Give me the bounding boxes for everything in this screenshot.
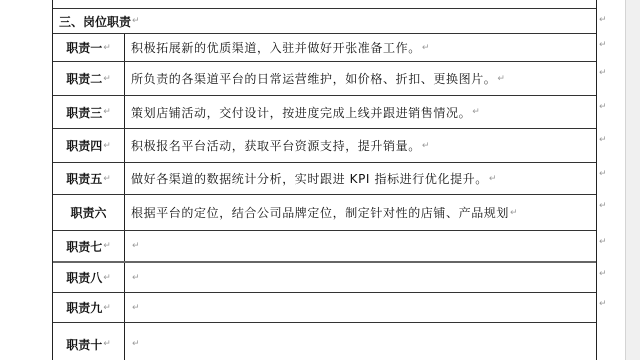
table-row: 职责一↵ 积极拓展新的优质渠道，入驻并做好开张准备工作。↵ ↵ — [53, 34, 596, 62]
row-end-mark-icon: ↵ — [599, 68, 607, 78]
row-end-mark-icon: ↵ — [599, 40, 607, 50]
paragraph-mark-icon: ↵ — [103, 273, 111, 283]
duty-label-cell[interactable]: 职责十↵ — [53, 323, 125, 360]
table-row: 职责八↵ ↵ ↵ — [53, 263, 596, 293]
paragraph-mark-icon: ↵ — [103, 174, 111, 184]
row-end-mark-icon: ↵ — [599, 201, 607, 211]
duty-label: 职责一 — [66, 39, 102, 56]
duty-content-cell[interactable]: 根据平台的定位，结合公司品牌定位，制定针对性的店铺、产品规划↵ — [125, 195, 596, 230]
paragraph-mark-icon: ↵ — [510, 208, 518, 218]
duty-label-cell[interactable]: 职责二↵ — [53, 62, 125, 95]
section-title-cell[interactable]: 三、岗位职责↵ — [53, 9, 596, 33]
table-row: 职责五↵ 做好各渠道的数据统计分析，实时跟进 KPI 指标进行优化提升。↵ ↵ — [53, 163, 596, 195]
duty-content-cell[interactable]: ↵ — [125, 323, 596, 360]
duty-content: 根据平台的定位，结合公司品牌定位，制定针对性的店铺、产品规划 — [131, 204, 509, 221]
duty-label-cell[interactable]: 职责一↵ — [53, 34, 125, 61]
paragraph-mark-icon: ↵ — [103, 303, 111, 313]
row-end-mark-icon: ↵ — [599, 237, 607, 247]
row-end-mark-icon: ↵ — [599, 269, 607, 279]
duty-label: 职责五 — [66, 170, 102, 187]
row-end-mark-icon: ↵ — [599, 102, 607, 112]
paragraph-mark-icon: ↵ — [422, 43, 430, 53]
duty-content-cell[interactable]: ↵ — [125, 263, 596, 292]
table-row: 职责九↵ ↵ ↵ — [53, 293, 596, 323]
duty-content-cell[interactable]: 策划店铺活动，交付设计，按进度完成上线并跟进销售情况。↵ — [125, 96, 596, 128]
paragraph-mark-icon: ↵ — [489, 174, 497, 184]
duty-label: 职责二 — [66, 70, 102, 87]
table-row: 职责七↵ ↵ ↵ — [53, 231, 596, 263]
paragraph-mark-icon: ↵ — [103, 339, 111, 349]
paragraph-mark-icon: ↵ — [103, 107, 111, 117]
table-row: 职责三↵ 策划店铺活动，交付设计，按进度完成上线并跟进销售情况。↵ ↵ — [53, 96, 596, 129]
row-end-mark-icon: ↵ — [599, 299, 607, 309]
duty-label: 职责十 — [66, 336, 102, 353]
table-row: 职责二↵ 所负责的各渠道平台的日常运营维护，如价格、折扣、更换图片。↵ ↵ — [53, 62, 596, 96]
paragraph-mark-icon: ↵ — [132, 339, 140, 349]
duty-label: 职责六 — [70, 204, 106, 221]
table-row: 职责四↵ 积极报名平台活动，获取平台资源支持，提升销量。↵ ↵ — [53, 129, 596, 163]
duty-label-cell[interactable]: 职责三↵ — [53, 96, 125, 128]
duty-content-cell[interactable]: 积极拓展新的优质渠道，入驻并做好开张准备工作。↵ — [125, 34, 596, 61]
table-row: 职责六 根据平台的定位，结合公司品牌定位，制定针对性的店铺、产品规划↵ ↵ — [53, 195, 596, 231]
duty-label: 职责七 — [66, 238, 102, 255]
responsibilities-table: 三、岗位职责↵ ↵ 职责一↵ 积极拓展新的优质渠道，入驻并做好开张准备工作。↵ … — [52, 0, 597, 360]
duty-content-cell[interactable]: 积极报名平台活动，获取平台资源支持，提升销量。↵ — [125, 129, 596, 162]
section-title: 三、岗位职责 — [59, 13, 131, 30]
section-header-row: 三、岗位职责↵ ↵ — [53, 9, 596, 34]
duty-label: 职责四 — [66, 137, 102, 154]
table-row-previous — [53, 0, 596, 9]
paragraph-mark-icon: ↵ — [132, 16, 140, 26]
row-end-mark-icon: ↵ — [599, 169, 607, 179]
row-end-mark-icon: ↵ — [599, 15, 607, 25]
paragraph-mark-icon: ↵ — [472, 107, 480, 117]
duty-content: 所负责的各渠道平台的日常运营维护，如价格、折扣、更换图片。 — [131, 70, 496, 87]
paragraph-mark-icon: ↵ — [497, 74, 505, 84]
paragraph-mark-icon: ↵ — [132, 241, 140, 251]
paragraph-mark-icon: ↵ — [103, 141, 111, 151]
duty-content: 策划店铺活动，交付设计，按进度完成上线并跟进销售情况。 — [131, 104, 471, 121]
row-end-mark-icon: ↵ — [599, 135, 607, 145]
duty-label-cell[interactable]: 职责六 — [53, 195, 125, 230]
paragraph-mark-icon: ↵ — [103, 43, 111, 53]
duty-content: 积极报名平台活动，获取平台资源支持，提升销量。 — [131, 137, 421, 154]
paragraph-mark-icon: ↵ — [132, 273, 140, 283]
duty-content: 积极拓展新的优质渠道，入驻并做好开张准备工作。 — [131, 39, 421, 56]
duty-content-cell[interactable]: 所负责的各渠道平台的日常运营维护，如价格、折扣、更换图片。↵ — [125, 62, 596, 95]
paragraph-mark-icon: ↵ — [103, 74, 111, 84]
duty-label-cell[interactable]: 职责五↵ — [53, 163, 125, 194]
page-margin-gutter — [625, 0, 640, 360]
duty-content-cell[interactable]: ↵ — [125, 231, 596, 261]
previous-row-cell[interactable] — [53, 0, 596, 8]
paragraph-mark-icon: ↵ — [103, 241, 111, 251]
paragraph-mark-icon: ↵ — [132, 303, 140, 313]
duty-content-cell[interactable]: ↵ — [125, 293, 596, 322]
duty-label-cell[interactable]: 职责八↵ — [53, 263, 125, 292]
duty-label: 职责八 — [66, 269, 102, 286]
duty-content-cell[interactable]: 做好各渠道的数据统计分析，实时跟进 KPI 指标进行优化提升。↵ — [125, 163, 596, 194]
duty-label-cell[interactable]: 职责九↵ — [53, 293, 125, 322]
duty-label: 职责三 — [66, 104, 102, 121]
table-row: 职责十↵ ↵ — [53, 323, 596, 360]
duty-label-cell[interactable]: 职责七↵ — [53, 231, 125, 261]
duty-label-cell[interactable]: 职责四↵ — [53, 129, 125, 162]
duty-content: 做好各渠道的数据统计分析，实时跟进 KPI 指标进行优化提升。 — [131, 170, 488, 187]
paragraph-mark-icon: ↵ — [422, 141, 430, 151]
duty-label: 职责九 — [66, 299, 102, 316]
